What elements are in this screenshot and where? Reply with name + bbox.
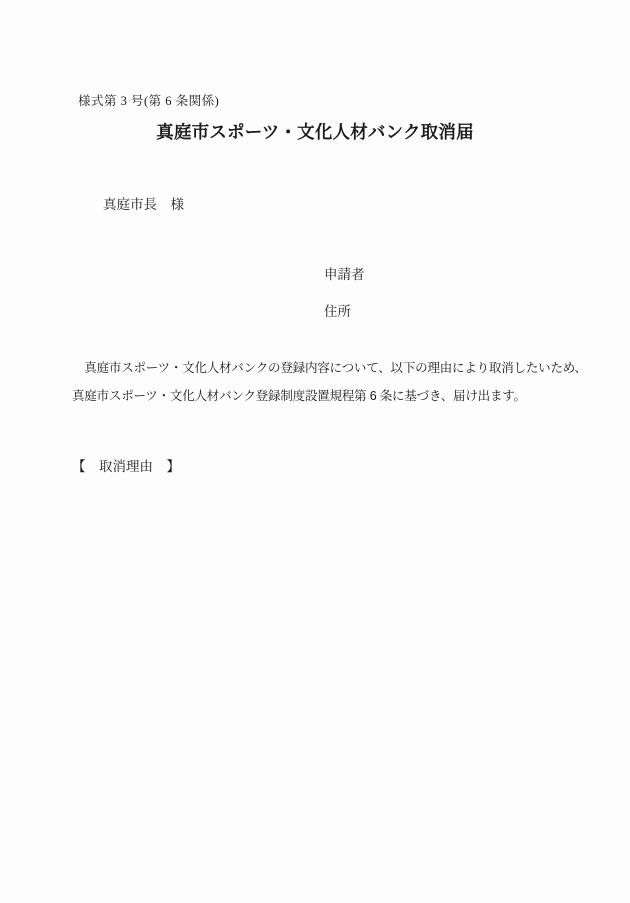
body-line-2: 真庭市スポーツ・文化人材バンク登録制度設置規程第 6 条に基づき、届け出ます。 — [72, 382, 582, 410]
body-paragraph: 真庭市スポーツ・文化人材バンクの登録内容について、以下の理由により取消したいため… — [72, 354, 582, 410]
document-page: 様式第 3 号(第 6 条関係) 真庭市スポーツ・文化人材バンク取消届 真庭市長… — [0, 0, 630, 903]
addressee-line: 真庭市長 様 — [103, 196, 184, 213]
applicant-label: 申請者 — [324, 266, 365, 283]
body-line-1: 真庭市スポーツ・文化人材バンクの登録内容について、以下の理由により取消したいため… — [72, 354, 582, 382]
cancellation-reason-heading: 【 取消理由 】 — [72, 458, 180, 475]
address-label: 住所 — [324, 303, 351, 320]
form-number: 様式第 3 号(第 6 条関係) — [78, 93, 219, 109]
document-title: 真庭市スポーツ・文化人材バンク取消届 — [0, 121, 630, 143]
